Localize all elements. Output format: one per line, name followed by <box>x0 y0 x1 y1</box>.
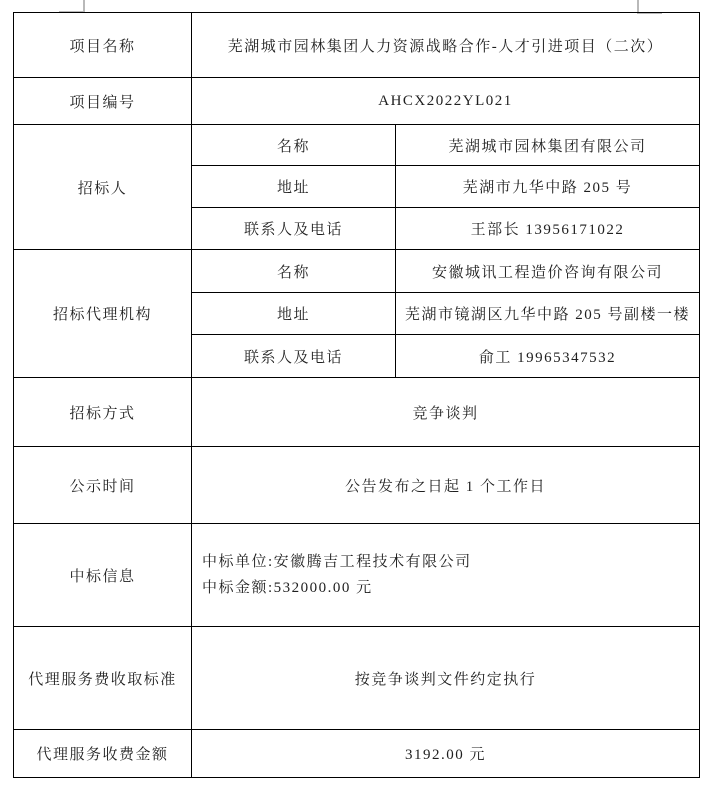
value-agency-contact: 俞工 19965347532 <box>396 335 700 378</box>
label-tenderer-contact: 联系人及电话 <box>192 208 396 250</box>
label-tenderer-address: 地址 <box>192 166 396 208</box>
value-agency-fee-standard: 按竞争谈判文件约定执行 <box>192 627 700 730</box>
row-award-info: 中标信息 中标单位:安徽腾吉工程技术有限公司 中标金额:532000.00 元 <box>14 524 700 627</box>
label-tender-method: 招标方式 <box>14 378 192 447</box>
row-tenderer-name: 招标人 名称 芜湖城市园林集团有限公司 <box>14 125 700 166</box>
label-agency-name: 名称 <box>192 250 396 293</box>
bid-result-table: 项目名称 芜湖城市园林集团人力资源战略合作-人才引进项目（二次） 项目编号 AH… <box>13 12 700 778</box>
value-tender-method: 竞争谈判 <box>192 378 700 447</box>
row-project-number: 项目编号 AHCX2022YL021 <box>14 78 700 125</box>
value-tenderer-contact: 王部长 13956171022 <box>396 208 700 250</box>
label-tenderer-name: 名称 <box>192 125 396 166</box>
label-agency-contact: 联系人及电话 <box>192 335 396 378</box>
document-page: 项目名称 芜湖城市园林集团人力资源战略合作-人才引进项目（二次） 项目编号 AH… <box>0 0 721 801</box>
value-tenderer-address: 芜湖市九华中路 205 号 <box>396 166 700 208</box>
label-project-number: 项目编号 <box>14 78 192 125</box>
value-publicity-period: 公告发布之日起 1 个工作日 <box>192 447 700 524</box>
label-project-name: 项目名称 <box>14 13 192 78</box>
value-project-number: AHCX2022YL021 <box>192 78 700 125</box>
label-agency-fee-standard: 代理服务费收取标准 <box>14 627 192 730</box>
value-project-name: 芜湖城市园林集团人力资源战略合作-人才引进项目（二次） <box>192 13 700 78</box>
label-award-info: 中标信息 <box>14 524 192 627</box>
label-tenderer: 招标人 <box>14 125 192 250</box>
row-agency-name: 招标代理机构 名称 安徽城讯工程造价咨询有限公司 <box>14 250 700 293</box>
award-winner-line: 中标单位:安徽腾吉工程技术有限公司 <box>202 549 693 575</box>
award-amount-line: 中标金额:532000.00 元 <box>202 575 693 601</box>
value-tenderer-name: 芜湖城市园林集团有限公司 <box>396 125 700 166</box>
value-agency-name: 安徽城讯工程造价咨询有限公司 <box>396 250 700 293</box>
label-agency-fee-amount: 代理服务收费金额 <box>14 730 192 778</box>
row-agency-fee-standard: 代理服务费收取标准 按竞争谈判文件约定执行 <box>14 627 700 730</box>
row-agency-fee-amount: 代理服务收费金额 3192.00 元 <box>14 730 700 778</box>
label-publicity-period: 公示时间 <box>14 447 192 524</box>
value-agency-address: 芜湖市镜湖区九华中路 205 号副楼一楼 <box>396 293 700 335</box>
row-publicity-period: 公示时间 公告发布之日起 1 个工作日 <box>14 447 700 524</box>
label-agency-address: 地址 <box>192 293 396 335</box>
row-tender-method: 招标方式 竞争谈判 <box>14 378 700 447</box>
row-project-name: 项目名称 芜湖城市园林集团人力资源战略合作-人才引进项目（二次） <box>14 13 700 78</box>
value-award-info: 中标单位:安徽腾吉工程技术有限公司 中标金额:532000.00 元 <box>192 524 700 627</box>
label-agency: 招标代理机构 <box>14 250 192 378</box>
value-agency-fee-amount: 3192.00 元 <box>192 730 700 778</box>
